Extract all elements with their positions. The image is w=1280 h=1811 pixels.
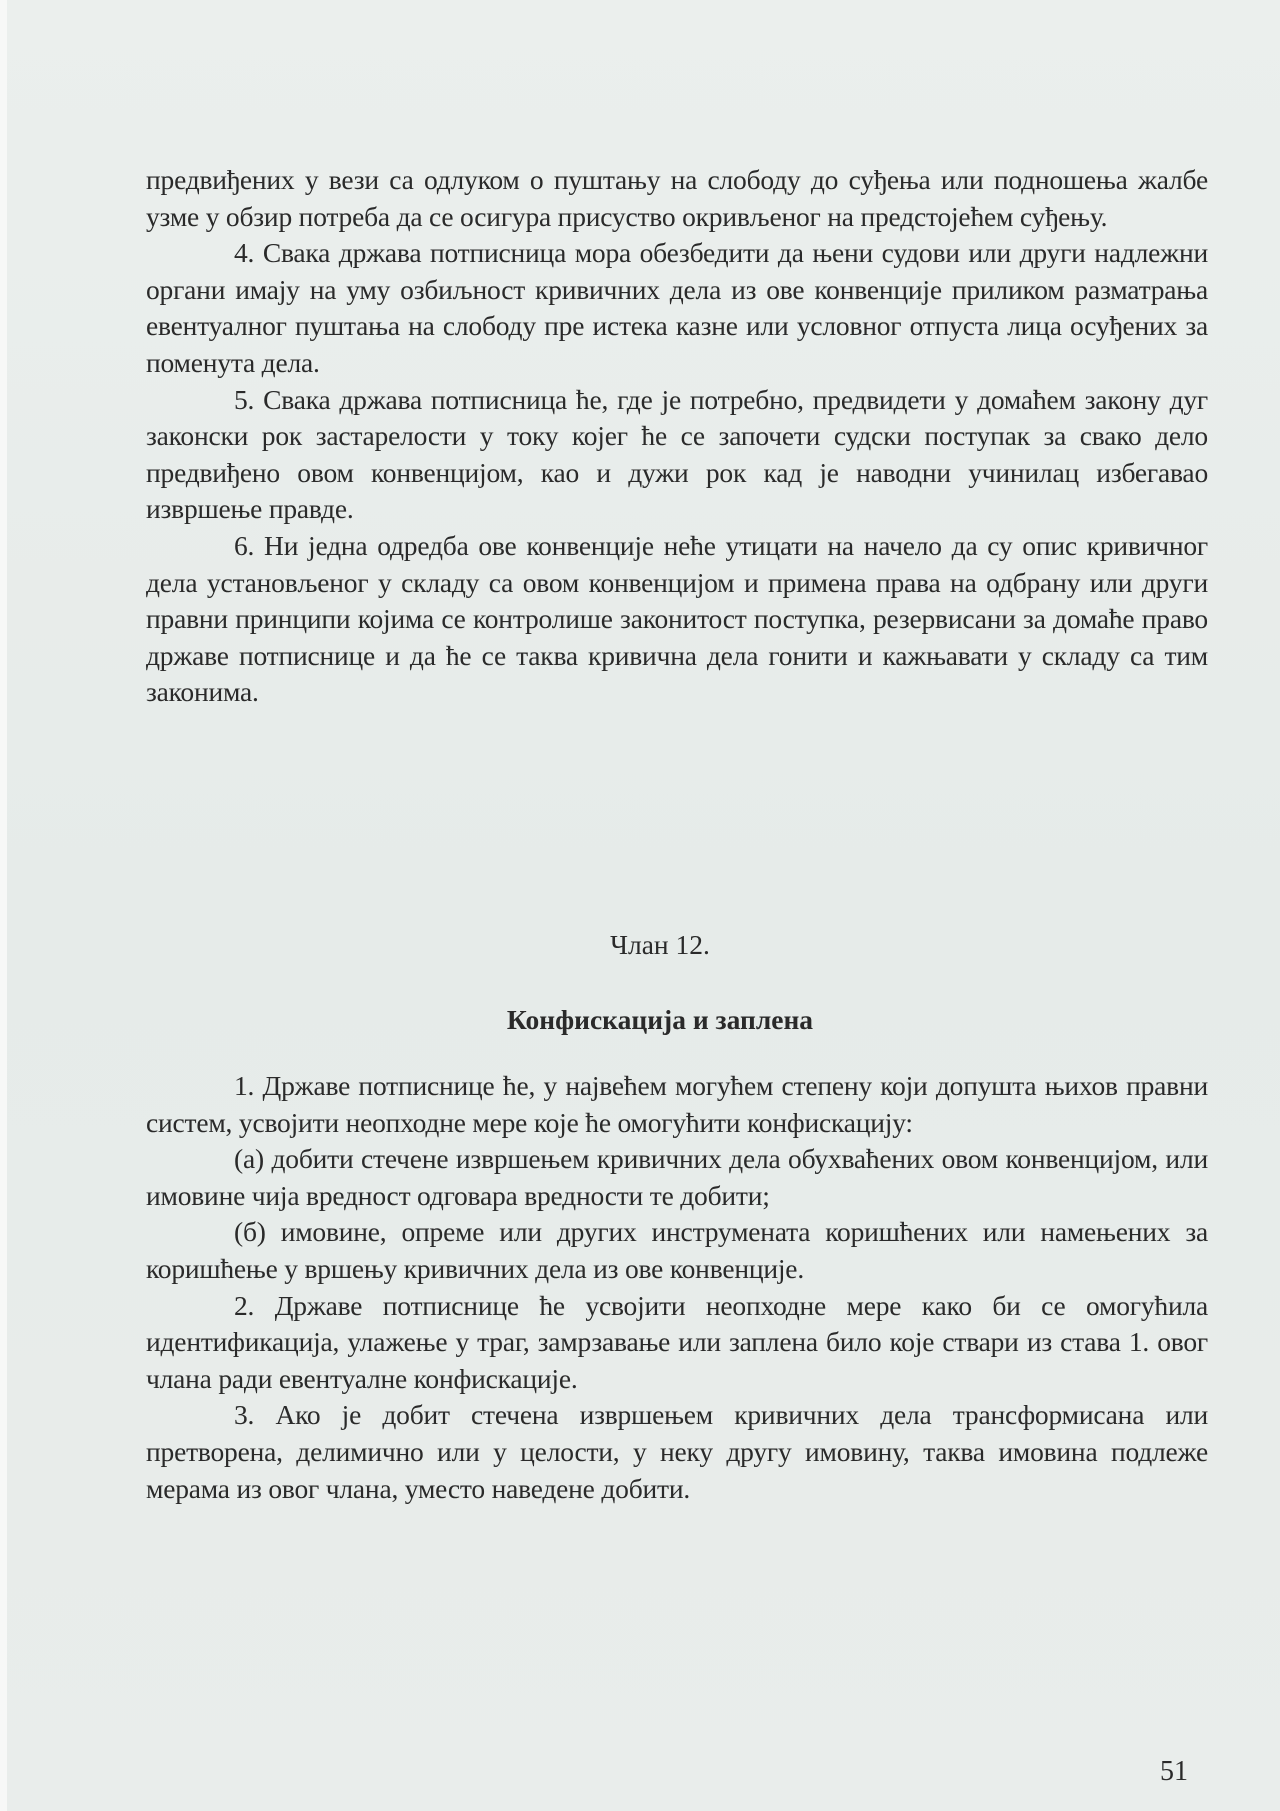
article-paragraph-1b: (б) имовине, опреме или других инструмен… [146,1214,1208,1287]
page-edge [0,0,7,1811]
previous-article-continuation: предвиђених у вези са одлуком о пуштању … [146,162,1208,711]
continuation-paragraph: предвиђених у вези са одлуком о пуштању … [146,162,1208,235]
paragraph-4: 4. Свака држава потписница мора обезбеди… [146,235,1208,381]
paragraph-5: 5. Свака држава потписница ће, где је по… [146,382,1208,528]
article-body: 1. Државе потписнице ће, у највећем могу… [146,1068,1208,1507]
article-paragraph-2: 2. Државе потписнице ће усвојити неопход… [146,1288,1208,1398]
article-title: Конфискација и заплена [0,1002,1280,1038]
article-paragraph-1a: (а) добити стечене извршењем кривичних д… [146,1141,1208,1214]
article-paragraph-1: 1. Државе потписнице ће, у највећем могу… [146,1068,1208,1141]
article-paragraph-3: 3. Ако је добит стечена извршењем кривич… [146,1397,1208,1507]
article-number: Члан 12. [0,927,1280,963]
page-number: 51 [1160,1754,1188,1790]
paragraph-6: 6. Ни једна одредба ове конвенције неће … [146,528,1208,711]
